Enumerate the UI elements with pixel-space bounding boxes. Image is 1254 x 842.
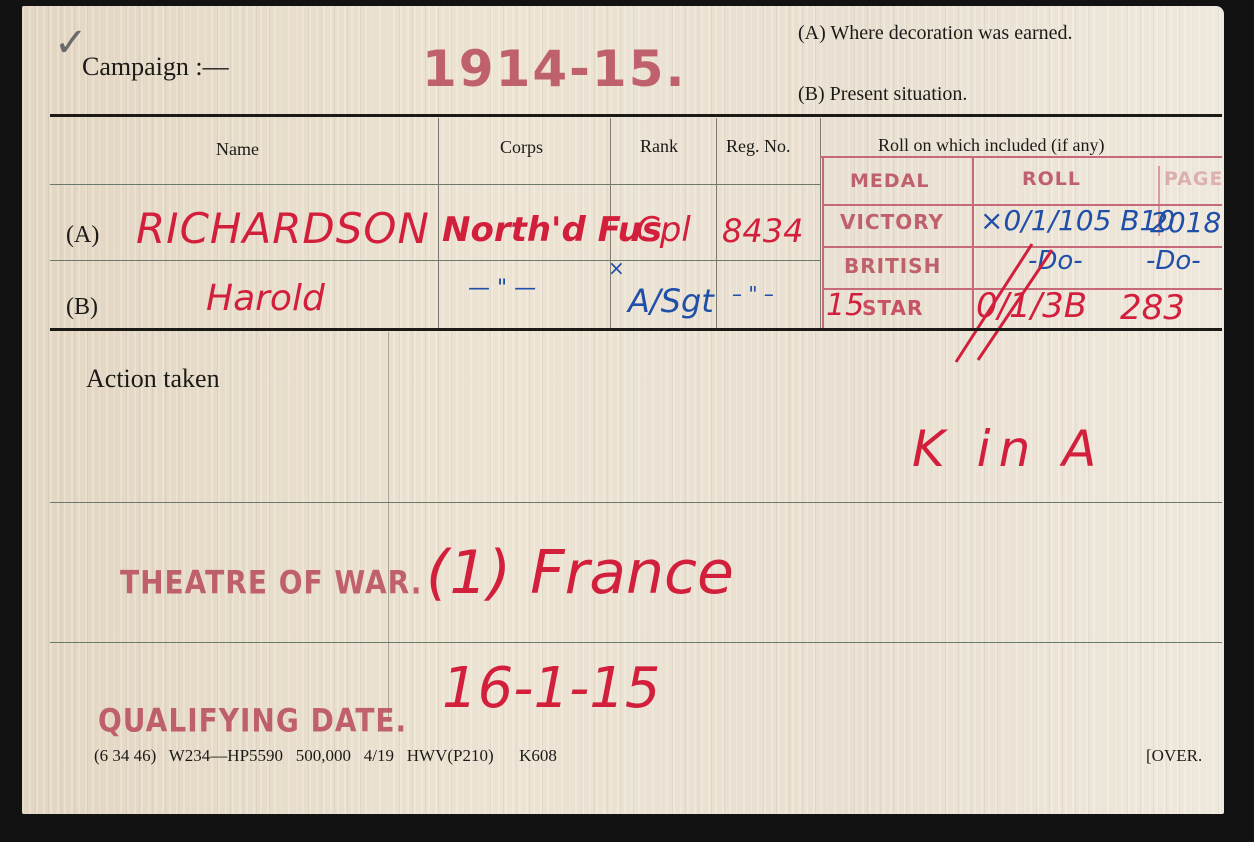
row-divider — [50, 260, 820, 261]
surname: RICHARDSON — [136, 204, 430, 253]
strike-through-marks — [942, 236, 1062, 376]
col-divider — [438, 118, 439, 330]
page-col-header: PAGE — [1164, 168, 1222, 190]
roll-grid-line — [822, 156, 824, 328]
header-underline — [50, 184, 820, 185]
rank-value: Cpl — [636, 210, 691, 250]
col-divider — [820, 118, 821, 330]
victory-page: 2018 — [1150, 206, 1221, 239]
print-reference: (6 34 46) W234—HP5590 500,000 4/19 HWV(P… — [94, 746, 557, 766]
divider-top — [50, 114, 1222, 117]
row-b-marker: (B) — [66, 294, 98, 321]
theatre-of-war-value: (1) France — [426, 538, 734, 608]
over-label: [OVER. — [1146, 746, 1202, 766]
header-name: Name — [216, 139, 259, 160]
col-divider — [716, 118, 717, 330]
header-reg-no: Reg. No. — [726, 136, 791, 157]
action-taken-value: K in A — [912, 420, 1104, 478]
qualifying-date-value: 16-1-15 — [442, 656, 661, 721]
header-rank: Rank — [640, 136, 678, 157]
british-page-ditto: -Do- — [1146, 246, 1201, 276]
roll-grid-line — [820, 156, 1222, 158]
row-a-marker: (A) — [66, 222, 99, 249]
acting-rank-value: A/Sgt — [628, 282, 714, 320]
legend-a: (A) Where decoration was earned. — [798, 22, 1073, 45]
medal-star: STAR — [862, 296, 923, 320]
theatre-of-war-label: THEATRE OF WAR. — [120, 564, 422, 602]
campaign-years-stamp: 1914-15. — [422, 40, 687, 98]
medal-index-card: ✓ Campaign :— 1914-15. (A) Where decorat… — [22, 6, 1224, 814]
medal-col-header: MEDAL — [850, 170, 929, 192]
header-corps: Corps — [500, 137, 543, 158]
divider-theatre — [50, 642, 1222, 643]
divider-middle — [50, 328, 1222, 331]
qualifying-date-label: QUALIFYING DATE. — [98, 702, 407, 740]
rank-amend-mark: × — [608, 256, 625, 280]
corps-value: North'd Fus — [442, 210, 662, 250]
corps-ditto: — " — — [468, 276, 536, 301]
legend-b: (B) Present situation. — [798, 83, 967, 106]
medal-british: BRITISH — [844, 254, 941, 278]
reg-no-value: 8434 — [722, 212, 803, 250]
forename: Harold — [206, 278, 325, 319]
medal-victory: VICTORY — [840, 210, 944, 234]
roll-col-header: ROLL — [1022, 168, 1081, 190]
section-divider — [388, 332, 389, 722]
star-page: 283 — [1120, 288, 1185, 328]
reg-no-ditto: – " – — [732, 282, 774, 306]
star-prefix: 15 — [826, 288, 864, 323]
campaign-label: Campaign :— — [82, 52, 229, 82]
header-roll: Roll on which included (if any) — [878, 135, 1104, 156]
divider-action — [50, 502, 1222, 503]
action-taken-label: Action taken — [86, 364, 220, 394]
victory-roll-ref: ×0/1/105 B10 — [980, 204, 1175, 237]
